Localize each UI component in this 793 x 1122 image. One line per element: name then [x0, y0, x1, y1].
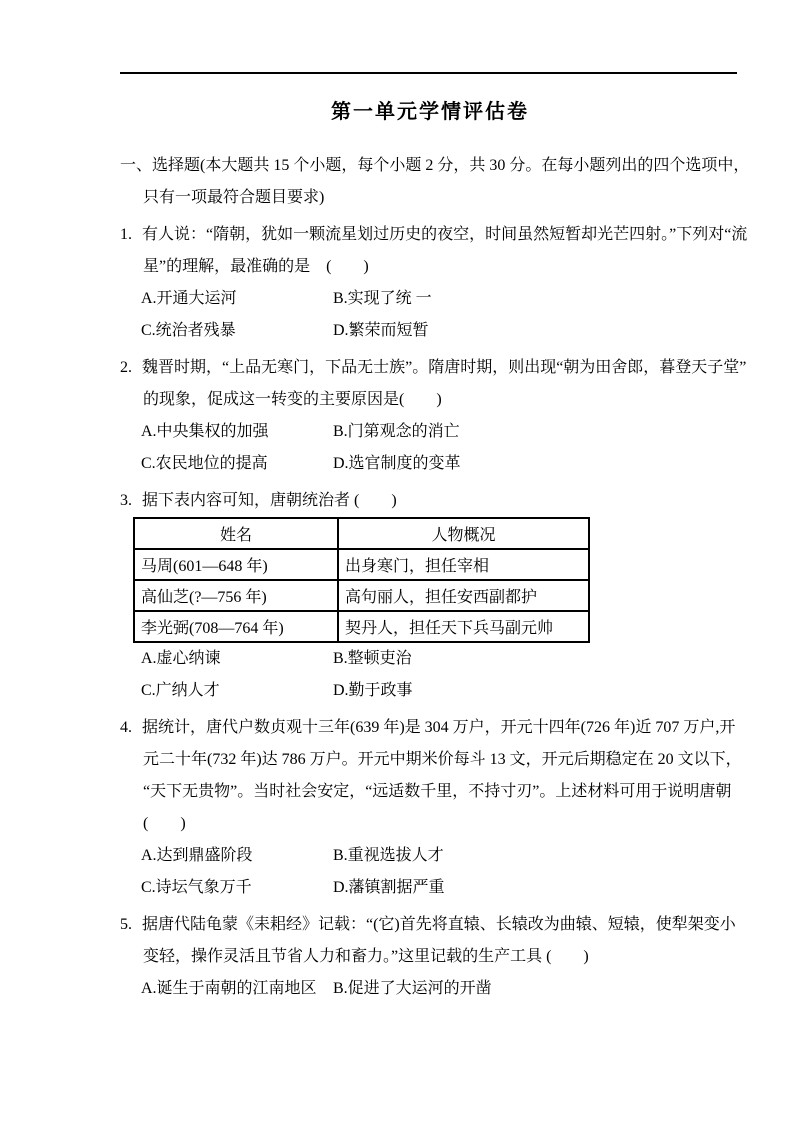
- question-3-options-row-2: C.广纳人才 D.勤于政事: [120, 675, 760, 707]
- question-5-option-a: A.诞生于南朝的江南地区: [141, 973, 333, 1005]
- question-5-options-row-1: A.诞生于南朝的江南地区 B.促进了大运河的开凿: [120, 973, 760, 1005]
- question-1-option-b: B.实现了统 一: [333, 283, 432, 315]
- question-5-number: 5.: [120, 909, 142, 941]
- question-4-option-b: B.重视选拔人才: [333, 840, 444, 872]
- question-1: 1.有人说：“隋朝，犹如一颗流星划过历史的夜空，时间虽然短暂却光芒四射。”下列对…: [120, 219, 760, 347]
- table-cell-profile-2: 高句丽人，担任安西副都护: [338, 580, 589, 611]
- question-3-option-a: A.虚心纳谏: [141, 643, 333, 675]
- table-cell-name-1: 马周(601—648 年): [134, 549, 338, 580]
- question-3-number: 3.: [120, 485, 142, 517]
- question-1-option-d: D.繁荣而短暂: [333, 315, 429, 347]
- question-2-option-c: C.农民地位的提高: [141, 448, 333, 480]
- question-5-stem-text: 据唐代陆龟蒙《耒耜经》记载：“(它)首先将直辕、长辕改为曲辕、短辕，使犁架变小: [142, 916, 736, 933]
- exam-paper-page: 第一单元学情评估卷 一、选择题(本大题共 15 个小题，每个小题 2 分，共 3…: [0, 0, 793, 1122]
- question-3-person-table: 姓名 人物概况 马周(601—648 年) 出身寒门，担任宰相 高仙芝(?—75…: [133, 517, 590, 643]
- question-5-stem-line-1: 5.据唐代陆龟蒙《耒耜经》记载：“(它)首先将直辕、长辕改为曲辕、短辕，使犁架变…: [120, 909, 760, 941]
- question-2-stem-line-1: 2.魏晋时期，“上品无寒门，下品无士族”。隋唐时期，则出现“朝为田舍郎，暮登天子…: [120, 352, 760, 384]
- exam-content: 一、选择题(本大题共 15 个小题，每个小题 2 分，共 30 分。在每小题列出…: [120, 150, 760, 1005]
- question-3: 3.据下表内容可知，唐朝统治者 ( ) 姓名 人物概况 马周(601—648 年…: [120, 485, 760, 707]
- table-header-row: 姓名 人物概况: [134, 518, 589, 549]
- question-4: 4.据统计，唐代户数贞观十三年(639 年)是 304 万户，开元十四年(726…: [120, 712, 760, 904]
- question-2-option-d: D.选官制度的变革: [333, 448, 461, 480]
- question-2-option-a: A.中央集权的加强: [141, 416, 333, 448]
- table-cell-profile-3: 契丹人，担任天下兵马副元帅: [338, 611, 589, 642]
- page-title: 第一单元学情评估卷: [120, 99, 740, 125]
- question-2-stem-line-2: 的现象，促成这一转变的主要原因是( ): [120, 384, 760, 416]
- question-4-options-row-1: A.达到鼎盛阶段 B.重视选拔人才: [120, 840, 760, 872]
- question-4-option-c: C.诗坛气象万千: [141, 872, 333, 904]
- question-1-stem-line-2: 星”的理解，最准确的是 ( ): [120, 251, 760, 283]
- section-heading-line-2: 只有一项最符合题目要求): [120, 182, 760, 214]
- question-3-stem-line-1: 3.据下表内容可知，唐朝统治者 ( ): [120, 485, 760, 517]
- question-5-option-b: B.促进了大运河的开凿: [333, 973, 492, 1005]
- question-2: 2.魏晋时期，“上品无寒门，下品无士族”。隋唐时期，则出现“朝为田舍郎，暮登天子…: [120, 352, 760, 480]
- question-2-option-b: B.门第观念的消亡: [333, 416, 460, 448]
- table-cell-profile-1: 出身寒门，担任宰相: [338, 549, 589, 580]
- question-5-stem-line-2: 变轻，操作灵活且节省人力和畜力。”这里记载的生产工具 ( ): [120, 941, 760, 973]
- question-2-number: 2.: [120, 352, 142, 384]
- question-4-stem-text: 据统计，唐代户数贞观十三年(639 年)是 304 万户，开元十四年(726 年…: [142, 719, 735, 736]
- question-3-options-row-1: A.虚心纳谏 B.整顿吏治: [120, 643, 760, 675]
- question-4-stem-line-4: ( ): [120, 808, 760, 840]
- header-rule: [120, 72, 737, 74]
- question-4-option-a: A.达到鼎盛阶段: [141, 840, 333, 872]
- section-heading-line-1: 一、选择题(本大题共 15 个小题，每个小题 2 分，共 30 分。在每小题列出…: [120, 150, 760, 182]
- question-1-option-a: A.开通大运河: [141, 283, 333, 315]
- question-2-options-row-1: A.中央集权的加强 B.门第观念的消亡: [120, 416, 760, 448]
- question-1-stem-text: 有人说：“隋朝，犹如一颗流星划过历史的夜空，时间虽然短暂却光芒四射。”下列对“流: [142, 226, 747, 243]
- question-4-stem-line-2: 元二十年(732 年)达 786 万户。开元中期米价每斗 13 文，开元后期稳定…: [120, 744, 760, 776]
- question-4-option-d: D.藩镇割据严重: [333, 872, 445, 904]
- question-4-stem-line-1: 4.据统计，唐代户数贞观十三年(639 年)是 304 万户，开元十四年(726…: [120, 712, 760, 744]
- question-1-number: 1.: [120, 219, 142, 251]
- question-2-options-row-2: C.农民地位的提高 D.选官制度的变革: [120, 448, 760, 480]
- table-header-profile: 人物概况: [338, 518, 589, 549]
- question-4-number: 4.: [120, 712, 142, 744]
- question-1-stem-line-1: 1.有人说：“隋朝，犹如一颗流星划过历史的夜空，时间虽然短暂却光芒四射。”下列对…: [120, 219, 760, 251]
- question-1-options-row-2: C.统治者残暴 D.繁荣而短暂: [120, 315, 760, 347]
- table-row: 马周(601—648 年) 出身寒门，担任宰相: [134, 549, 589, 580]
- question-4-options-row-2: C.诗坛气象万千 D.藩镇割据严重: [120, 872, 760, 904]
- question-2-stem-text: 魏晋时期，“上品无寒门，下品无士族”。隋唐时期，则出现“朝为田舍郎，暮登天子堂”: [142, 359, 746, 376]
- table-row: 高仙芝(?—756 年) 高句丽人，担任安西副都护: [134, 580, 589, 611]
- table-cell-name-2: 高仙芝(?—756 年): [134, 580, 338, 611]
- question-1-options-row-1: A.开通大运河 B.实现了统 一: [120, 283, 760, 315]
- question-3-option-b: B.整顿吏治: [333, 643, 412, 675]
- table-cell-name-3: 李光弼(708—764 年): [134, 611, 338, 642]
- question-1-option-c: C.统治者残暴: [141, 315, 333, 347]
- question-3-option-d: D.勤于政事: [333, 675, 413, 707]
- question-3-option-c: C.广纳人才: [141, 675, 333, 707]
- question-5: 5.据唐代陆龟蒙《耒耜经》记载：“(它)首先将直辕、长辕改为曲辕、短辕，使犁架变…: [120, 909, 760, 1005]
- question-4-stem-line-3: “天下无贵物”。当时社会安定，“远适数千里，不持寸刃”。上述材料可用于说明唐朝: [120, 776, 760, 808]
- table-row: 李光弼(708—764 年) 契丹人，担任天下兵马副元帅: [134, 611, 589, 642]
- table-header-name: 姓名: [134, 518, 338, 549]
- question-3-stem-text: 据下表内容可知，唐朝统治者 ( ): [142, 492, 397, 509]
